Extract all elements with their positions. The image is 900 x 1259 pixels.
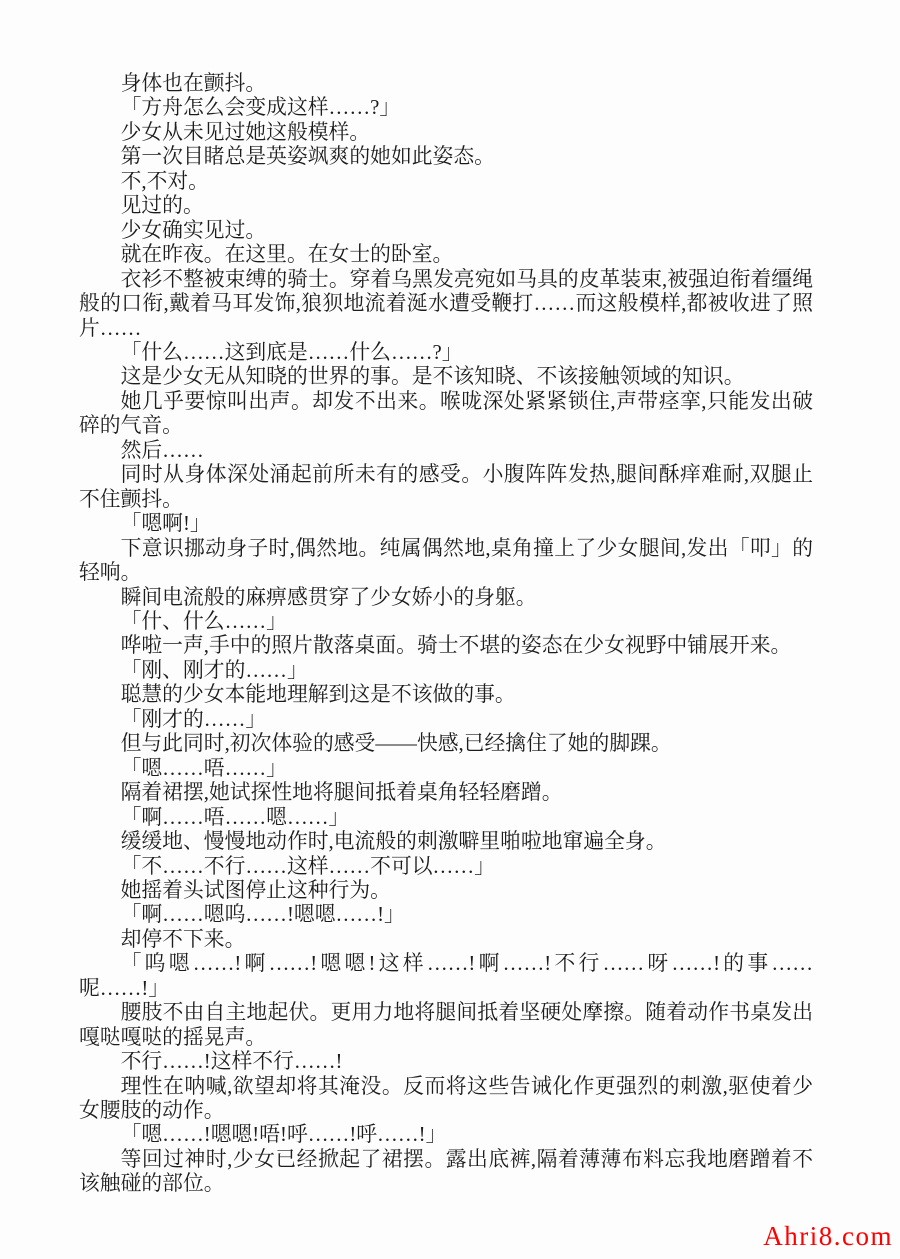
paragraph: 她几乎要惊叫出声。却发不出来。喉咙深处紧紧锁住,声带痉挛,只能发出破碎的气音。 bbox=[79, 390, 813, 439]
paragraph: 「刚才的……」 bbox=[79, 708, 813, 732]
paragraph: 就在昨夜。在这里。在女士的卧室。 bbox=[79, 243, 813, 267]
paragraph: 理性在呐喊,欲望却将其淹没。反而将这些告诫化作更强烈的刺激,驱使着少女腰肢的动作… bbox=[79, 1075, 813, 1124]
watermark: Ahri8.com bbox=[763, 1221, 893, 1252]
paragraph: 「方舟怎么会变成这样……?」 bbox=[79, 96, 813, 120]
paragraph: 少女从未见过她这般模样。 bbox=[79, 121, 813, 145]
paragraph: 同时从身体深处涌起前所未有的感受。小腹阵阵发热,腿间酥痒难耐,双腿止不住颤抖。 bbox=[79, 463, 813, 512]
paragraph: 「不……不行……这样……不可以……」 bbox=[79, 855, 813, 879]
paragraph: 然后…… bbox=[79, 439, 813, 463]
paragraph: 不行……!这样不行……! bbox=[79, 1050, 813, 1074]
paragraph: 「呜嗯……!啊……!嗯嗯!这样……!啊……!不行……呀……!的事……呢……!」 bbox=[79, 952, 813, 1001]
paragraph: 她摇着头试图停止这种行为。 bbox=[79, 879, 813, 903]
paragraph: 「刚、刚才的……」 bbox=[79, 659, 813, 683]
paragraph: 瞬间电流般的麻痹感贯穿了少女娇小的身躯。 bbox=[79, 586, 813, 610]
paragraph: 衣衫不整被束缚的骑士。穿着乌黑发亮宛如马具的皮革装束,被强迫衔着缰绳般的口衔,戴… bbox=[79, 268, 813, 341]
paragraph: 缓缓地、慢慢地动作时,电流般的刺激噼里啪啦地窜遍全身。 bbox=[79, 830, 813, 854]
paragraph: 「什么……这到底是……什么……?」 bbox=[79, 341, 813, 365]
paragraph: 下意识挪动身子时,偶然地。纯属偶然地,桌角撞上了少女腿间,发出「叩」的轻响。 bbox=[79, 537, 813, 586]
paragraph: 身体也在颤抖。 bbox=[79, 72, 813, 96]
paragraph: 不,不对。 bbox=[79, 170, 813, 194]
paragraph: 「嗯啊!」 bbox=[79, 512, 813, 536]
paragraph: 这是少女无从知晓的世界的事。是不该知晓、不该接触领域的知识。 bbox=[79, 365, 813, 389]
paragraph: 「啊……唔……嗯……」 bbox=[79, 806, 813, 830]
paragraph: 哗啦一声,手中的照片散落桌面。骑士不堪的姿态在少女视野中铺展开来。 bbox=[79, 634, 813, 658]
paragraph: 见过的。 bbox=[79, 194, 813, 218]
paragraph: 少女确实见过。 bbox=[79, 219, 813, 243]
paragraph: 但与此同时,初次体验的感受——快感,已经擒住了她的脚踝。 bbox=[79, 732, 813, 756]
paragraph: 却停不下来。 bbox=[79, 928, 813, 952]
paragraph: 「什、什么……」 bbox=[79, 610, 813, 634]
paragraph: 第一次目睹总是英姿飒爽的她如此姿态。 bbox=[79, 145, 813, 169]
paragraph: 「嗯……!嗯嗯!唔!呼……!呼……!」 bbox=[79, 1123, 813, 1147]
book-page: 身体也在颤抖。「方舟怎么会变成这样……?」少女从未见过她这般模样。第一次目睹总是… bbox=[0, 0, 900, 1259]
text-body: 身体也在颤抖。「方舟怎么会变成这样……?」少女从未见过她这般模样。第一次目睹总是… bbox=[79, 72, 813, 1197]
paragraph: 隔着裙摆,她试探性地将腿间抵着桌角轻轻磨蹭。 bbox=[79, 781, 813, 805]
paragraph: 等回过神时,少女已经掀起了裙摆。露出底裤,隔着薄薄布料忘我地磨蹭着不该触碰的部位… bbox=[79, 1148, 813, 1197]
paragraph: 「啊……嗯呜……!嗯嗯……!」 bbox=[79, 903, 813, 927]
paragraph: 聪慧的少女本能地理解到这是不该做的事。 bbox=[79, 683, 813, 707]
paragraph: 腰肢不由自主地起伏。更用力地将腿间抵着坚硬处摩擦。随着动作书桌发出嘎哒嘎哒的摇晃… bbox=[79, 1001, 813, 1050]
paragraph: 「嗯……唔……」 bbox=[79, 757, 813, 781]
